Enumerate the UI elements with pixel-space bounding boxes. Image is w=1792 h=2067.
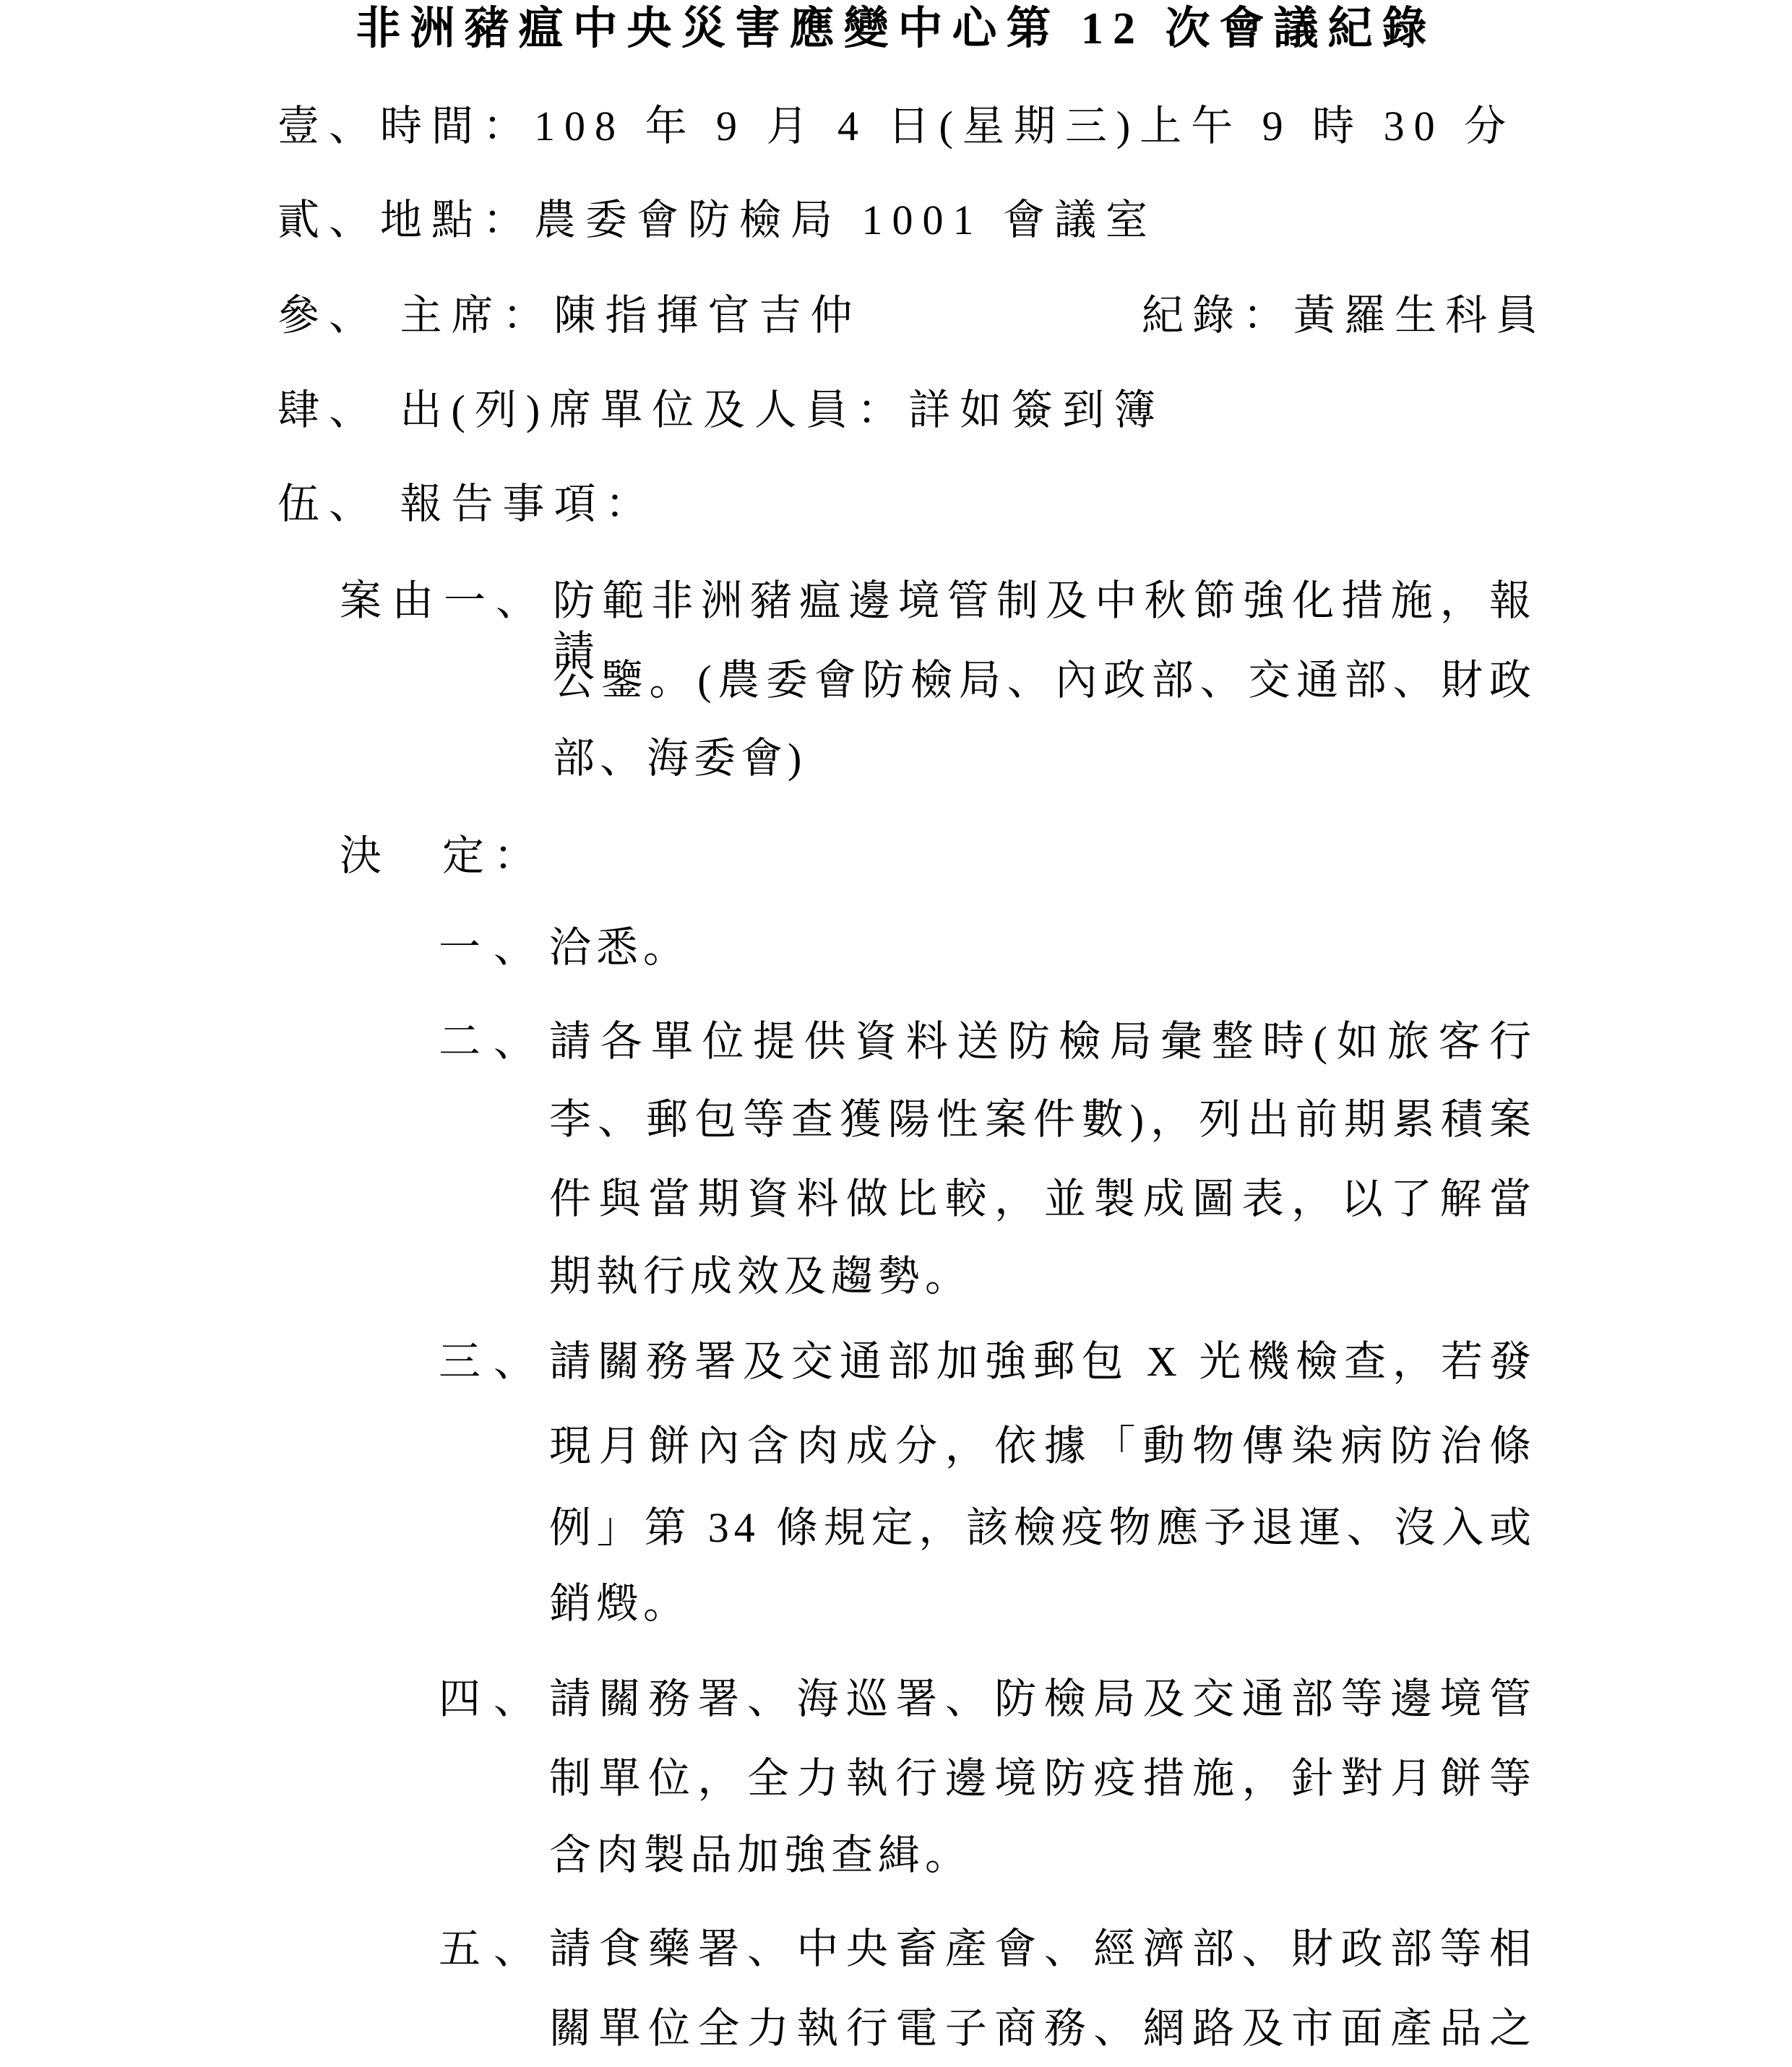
decision5-row-1: 五、 請食藥署、中央畜產會、經濟部、財政部等相 [0, 1924, 1792, 1977]
attendees-row: 肆、 出(列)席單位及人員：詳如簽到簿 [0, 385, 1792, 439]
decision3-line-4: 銷燬。 [549, 1579, 1536, 1629]
decision5-label: 五、 [439, 1924, 548, 1975]
decision3-line-1: 請關務署及交通部加強郵包 X 光機檢查，若發 [549, 1337, 1536, 1387]
decision4-row-2: 制單位，全力執行邊境防疫措施，針對月餅等 [0, 1753, 1792, 1807]
decision1-row-1: 一、 洽悉。 [0, 923, 1792, 976]
reports-heading-line: 伍、 報告事項： [277, 479, 657, 530]
decision2-line-4: 期執行成效及趨勢。 [549, 1251, 1536, 1302]
decision3-row-2: 現月餅內含肉成分，依據「動物傳染病防治條 [0, 1421, 1792, 1475]
meeting-place-row: 貳、地點：農委會防檢局 1001 會議室 [0, 195, 1792, 249]
decision5-line-1: 請食藥署、中央畜產會、經濟部、財政部等相 [549, 1924, 1536, 1975]
decision4-line-3: 含肉製品加強查緝。 [549, 1830, 1536, 1881]
decision4-line-1: 請關務署、海巡署、防檢局及交通部等邊境管 [549, 1674, 1536, 1725]
meeting-time-line: 壹、時間：108 年 9 月 4 日(星期三)上午 9 時 30 分 [277, 101, 1515, 152]
chair-recorder-row: 參、 主席：陳指揮官吉仲 紀錄：黃羅生科員 [0, 290, 1792, 344]
decision2-row-1: 二、 請各單位提供資料送防檢局彙整時(如旅客行 [0, 1017, 1792, 1070]
decision2-line-3: 件與當期資料做比較，並製成圖表，以了解當 [549, 1174, 1536, 1225]
decision1-line-1: 洽悉。 [549, 923, 1536, 973]
case1-line-2: 公鑒。(農委會防檢局、內政部、交通部、財政 [553, 655, 1536, 706]
decision3-label: 三、 [439, 1337, 548, 1387]
decision-heading-row: 決 定： [0, 831, 1792, 884]
decision-heading: 決 定： [340, 831, 545, 881]
case1-line-3: 部、海委會) [553, 733, 1536, 784]
case1-row-3: 部、海委會) [0, 733, 1792, 787]
page-title: 非洲豬瘟中央災害應變中心第 12 次會議紀錄 [0, 0, 1792, 58]
case1-row-1: 案由一、 防範非洲豬瘟邊境管制及中秋節強化措施，報請 [0, 576, 1792, 629]
decision3-row-4: 銷燬。 [0, 1579, 1792, 1632]
decision5-row-2: 關單位全力執行電子商務、網路及市面產品之 [0, 2003, 1792, 2057]
decision5-line-2: 關單位全力執行電子商務、網路及市面產品之 [549, 2003, 1536, 2054]
decision4-row-1: 四、 請關務署、海巡署、防檢局及交通部等邊境管 [0, 1674, 1792, 1727]
decision2-row-2: 李、郵包等查獲陽性案件數)，列出前期累積案 [0, 1095, 1792, 1148]
decision4-line-2: 制單位，全力執行邊境防疫措施，針對月餅等 [549, 1753, 1536, 1804]
decision2-label: 二、 [439, 1017, 548, 1067]
decision2-line-1: 請各單位提供資料送防檢局彙整時(如旅客行 [549, 1017, 1536, 1067]
decision3-line-3: 例」第 34 條規定，該檢疫物應予退運、沒入或 [549, 1503, 1536, 1553]
decision2-line-2: 李、郵包等查獲陽性案件數)，列出前期累積案 [549, 1095, 1536, 1145]
meeting-time-row: 壹、時間：108 年 9 月 4 日(星期三)上午 9 時 30 分 [0, 101, 1792, 155]
decision2-row-4: 期執行成效及趨勢。 [0, 1251, 1792, 1305]
decision4-label: 四、 [439, 1674, 548, 1725]
meeting-place-line: 貳、地點：農委會防檢局 1001 會議室 [277, 195, 1157, 246]
decision1-label: 一、 [439, 923, 548, 973]
case1-label: 案由一、 [340, 576, 548, 626]
decision3-row-3: 例」第 34 條規定，該檢疫物應予退運、沒入或 [0, 1503, 1792, 1556]
case1-row-2: 公鑒。(農委會防檢局、內政部、交通部、財政 [0, 655, 1792, 709]
decision3-row-1: 三、 請關務署及交通部加強郵包 X 光機檢查，若發 [0, 1337, 1792, 1390]
recorder-line: 紀錄：黃羅生科員 [1142, 290, 1546, 341]
attendees-line: 肆、 出(列)席單位及人員：詳如簽到簿 [277, 385, 1165, 436]
chair-line: 參、 主席：陳指揮官吉仲 [277, 290, 862, 341]
decision2-row-3: 件與當期資料做比較，並製成圖表，以了解當 [0, 1174, 1792, 1227]
decision4-row-3: 含肉製品加強查緝。 [0, 1830, 1792, 1883]
reports-heading-row: 伍、 報告事項： [0, 479, 1792, 532]
document-page: 非洲豬瘟中央災害應變中心第 12 次會議紀錄 壹、時間：108 年 9 月 4 … [0, 0, 1792, 2067]
decision3-line-2: 現月餅內含肉成分，依據「動物傳染病防治條 [549, 1421, 1536, 1472]
